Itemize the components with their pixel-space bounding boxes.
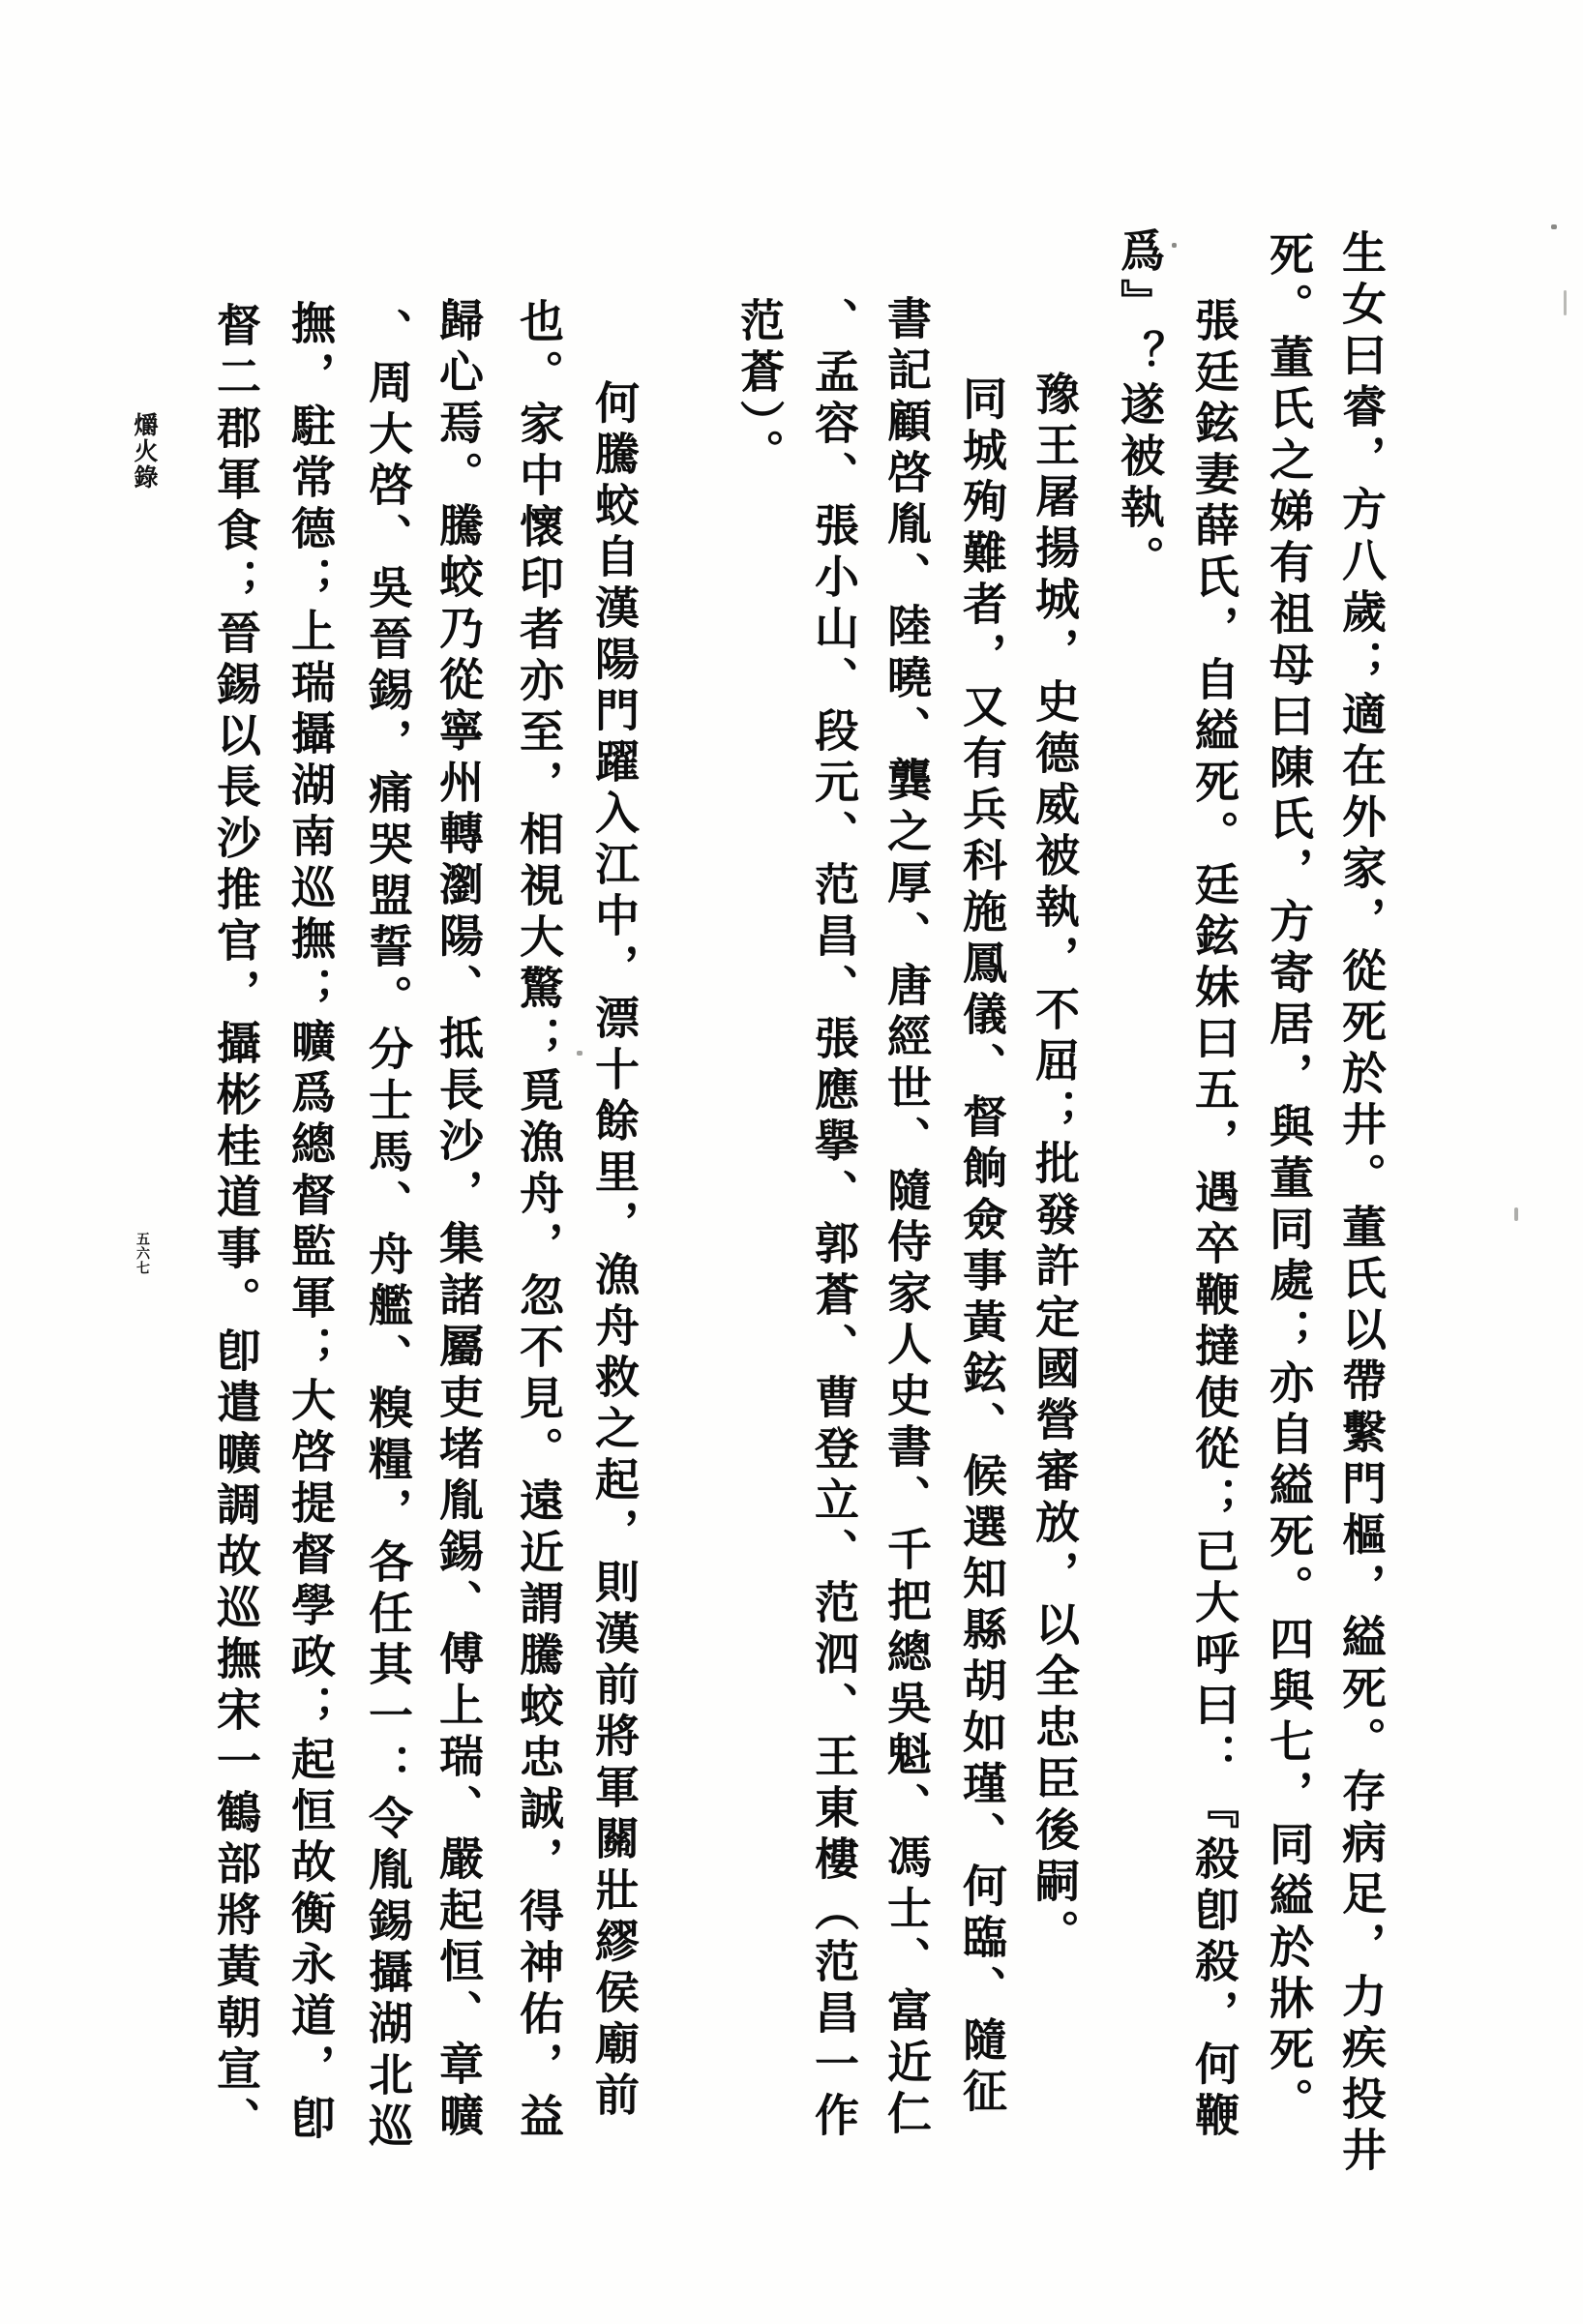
- book-title: 爝火錄: [124, 412, 164, 491]
- scanned-book-page: 爝火錄 五六七 生女曰睿，方八歲；適在外家，從死於井。董氏以帶繫門樞，縊死。存病…: [0, 0, 1583, 2324]
- text-column-12: 歸心焉。騰蛟乃從寧州轉瀏陽、抵長沙，集諸屬吏堵胤錫、傅上瑞、嚴起恒、章曠: [435, 297, 482, 2143]
- text-column-6: 同城殉難者，又有兵科施鳳儀、督餉僉事黃鉉、候選知縣胡如瑾、何臨、隨征: [959, 375, 1005, 2119]
- text-column-5: 豫王屠揚城，史德威被執，不屈；批發許定國營審放，以全忠臣後嗣。: [1031, 371, 1078, 1960]
- text-column-11: 也。家中懷印者亦至，相視大驚；覓漁舟，忽不見。遠近謂騰蛟忠誠，得神佑，益: [516, 298, 562, 2144]
- scan-speck: [1514, 1207, 1518, 1221]
- text-column-2: 死。董氏之娣有祖母曰陳氏，方寄居，與董同處；亦自縊死。四與七，同縊於牀死。: [1266, 231, 1312, 2129]
- text-column-10: 何騰蛟自漢陽門躍入江中，漂十餘里，漁舟救之起，則漢前將軍關壯繆侯廟前: [591, 379, 638, 2123]
- scan-speck: [1564, 290, 1567, 315]
- text-column-8: 、孟容、張小山、段元、范昌、張應擧、郭蒼、曹登立、范泗、王東樓（范昌一作: [811, 297, 857, 2143]
- text-column-15: 督二郡軍食；晉錫以長沙推官，攝彬桂道事。卽遣曠調故巡撫宋一鶴部將黃朝宣、: [213, 302, 259, 2148]
- text-column-4: 爲』？遂被執。: [1117, 227, 1163, 586]
- scan-speck: [1551, 224, 1557, 229]
- text-column-14: 撫，駐常德；上瑞攝湖南巡撫；曠爲總督監軍；大啓提督學政；起恒故衡永道，卽: [287, 300, 334, 2146]
- text-column-3: 張廷鉉妻薛氏，自縊死。廷鉉妹曰五，遇卒鞭撻使從；已大呼曰：『殺卽殺，何鞭: [1191, 297, 1238, 2143]
- scan-speck: [577, 1051, 582, 1056]
- page-number: 五六七: [126, 1232, 159, 1275]
- text-column-9: 范蒼）。: [736, 297, 783, 480]
- text-column-7: 書記顧啓胤、陸曉、龔之厚、唐經世、隨侍家人史書、千把總吳魁、馮士、富近仁: [883, 295, 930, 2141]
- scan-speck: [1172, 243, 1177, 248]
- text-column-13: 、周大啓、吳晉錫，痛哭盟誓。分士馬、舟艦、糗糧，各任其一：令胤錫攝湖北巡: [365, 308, 411, 2154]
- text-column-1: 生女曰睿，方八歲；適在外家，從死於井。董氏以帶繫門樞，縊死。存病足，力疾投井: [1338, 229, 1385, 2178]
